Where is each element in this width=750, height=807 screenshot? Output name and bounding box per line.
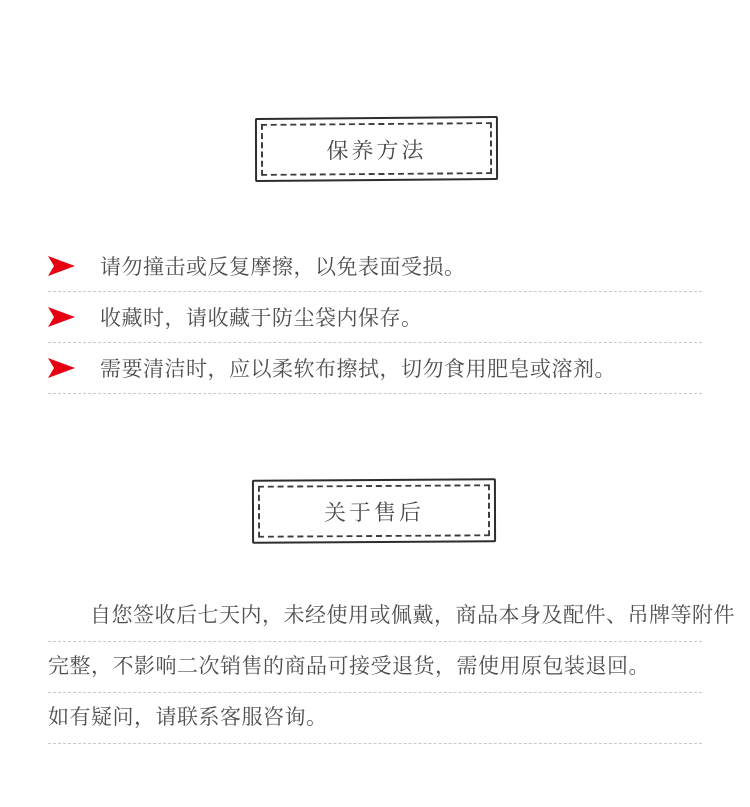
care-section-title-box-inner-dashed-border: 保养方法 bbox=[261, 122, 492, 176]
care-section-title-box: 保养方法 bbox=[255, 116, 498, 182]
care-item-text: 请勿撞击或反复摩擦，以免表面受损。 bbox=[100, 251, 466, 281]
aftersales-policy-line: 完整，不影响二次销售的商品可接受退货，需使用原包装退回。 bbox=[48, 642, 702, 693]
aftersales-policy-line: 自您签收后七天内，未经使用或佩戴，商品本身及配件、吊牌等附件 bbox=[48, 591, 702, 642]
red-arrowhead-icon bbox=[48, 307, 75, 327]
aftersales-section-title-box-inner-dashed-border: 关于售后 bbox=[258, 484, 490, 537]
list-item: 需要清洁时，应以柔软布擦拭，切勿食用肥皂或溶剂。 bbox=[48, 343, 702, 394]
list-item: 请勿撞击或反复摩擦，以免表面受损。 bbox=[48, 241, 702, 292]
care-section-title: 保养方法 bbox=[326, 133, 426, 165]
list-item: 收藏时，请收藏于防尘袋内保存。 bbox=[48, 292, 702, 343]
care-item-text: 收藏时，请收藏于防尘袋内保存。 bbox=[100, 302, 423, 332]
aftersales-policy-text: 自您签收后七天内，未经使用或佩戴，商品本身及配件、吊牌等附件 完整，不影响二次销… bbox=[48, 591, 702, 744]
red-arrowhead-icon bbox=[48, 256, 75, 276]
product-care-aftersales-page: { "colors": { "accent_red": "#e60012", "… bbox=[0, 0, 750, 807]
care-instruction-list: 请勿撞击或反复摩擦，以免表面受损。 收藏时，请收藏于防尘袋内保存。 需要清洁时，… bbox=[48, 241, 702, 394]
care-item-text: 需要清洁时，应以柔软布擦拭，切勿食用肥皂或溶剂。 bbox=[100, 353, 616, 383]
aftersales-policy-line: 如有疑问，请联系客服咨询。 bbox=[48, 693, 702, 744]
red-arrowhead-icon bbox=[48, 358, 75, 378]
aftersales-section-title-box: 关于售后 bbox=[252, 478, 496, 543]
aftersales-section-title: 关于售后 bbox=[324, 495, 424, 527]
